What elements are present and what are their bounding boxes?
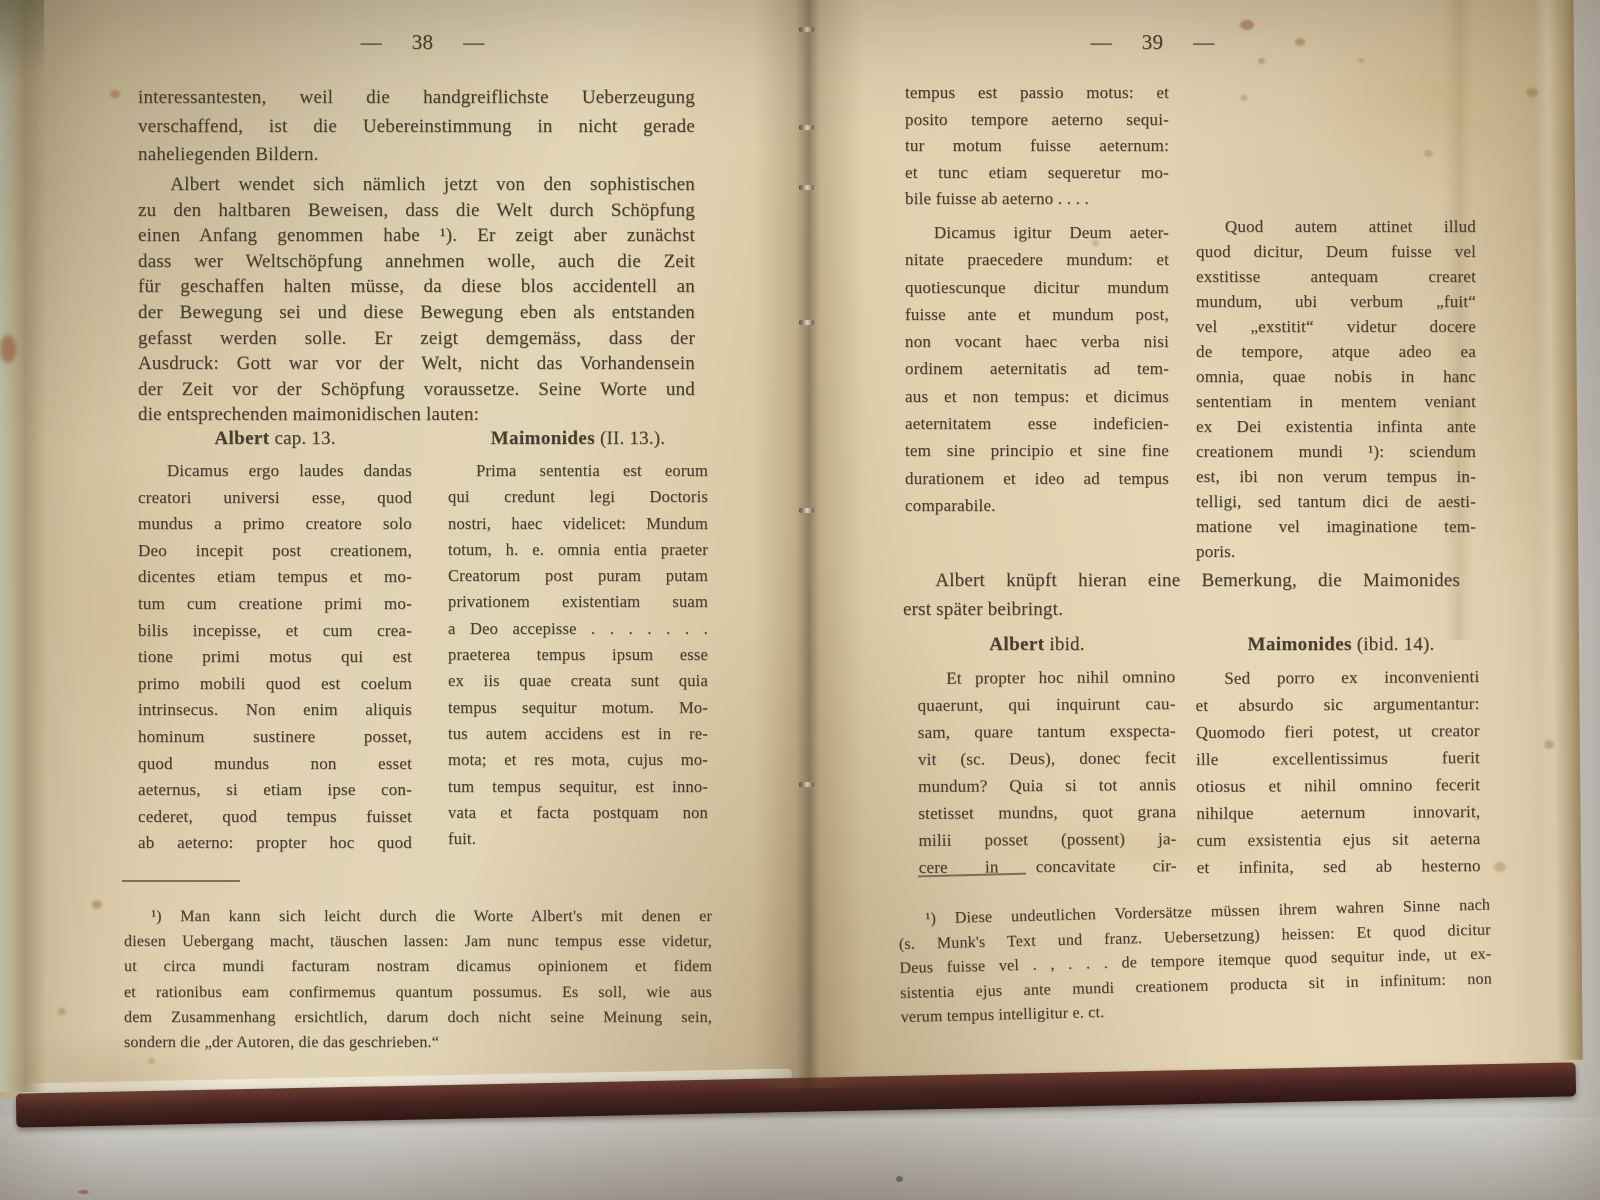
text-line: sam, quare tantum exspecta- xyxy=(918,717,1176,746)
text-line: gefasst werden solle. Er zeigt demgemäss… xyxy=(138,326,695,352)
text-line: a Deo accepisse . . . . . . . xyxy=(448,616,708,642)
text-line: Deo incepit post creationem, xyxy=(138,538,412,565)
maimonides-ref: (II. 13.). xyxy=(595,428,665,449)
text-line: et tunc etiam sequeretur mo- xyxy=(905,160,1169,187)
albert-ref: cap. 13. xyxy=(270,428,336,449)
page-number: 39 xyxy=(1142,30,1163,55)
p39-remark: Albert knüpft hieran eine Bemerkung, die… xyxy=(903,566,1460,624)
text-line: Quod autem attinet illud xyxy=(1196,214,1476,239)
photo-corner-shadow xyxy=(0,0,44,110)
text-line: non vocant haec verba nisi xyxy=(905,328,1169,355)
text-line: et rationibus eam confirmemus quantum po… xyxy=(124,980,712,1005)
stitch-mark xyxy=(799,320,814,325)
text-line: durationem et ideo ad tempus xyxy=(905,465,1169,492)
text-line: bilis incepisse, et cum crea- xyxy=(138,618,412,645)
text-line: die entsprechenden maimonidischen lauten… xyxy=(138,402,695,428)
p39-left-column-quote-2: Dicamus igitur Deum aeter-nitate praeced… xyxy=(905,219,1169,519)
text-line: ¹) Man kann sich leicht durch die Worte … xyxy=(124,904,712,929)
text-line: et absurdo sic argumentantur: xyxy=(1195,690,1479,719)
text-line: milii posset (possent) ja- xyxy=(918,825,1176,854)
stitch-mark xyxy=(799,782,814,787)
header-dash: — xyxy=(463,30,484,55)
table-surface xyxy=(0,1118,1600,1200)
text-line: privationem existentiam suam xyxy=(448,589,708,615)
text-line: der Zeit vor der Schöpfung voraussetze. … xyxy=(138,377,695,403)
p38-paragraph-2: Albert wendet sich nämlich jetzt von den… xyxy=(138,172,695,428)
text-line: quod mundus non esset xyxy=(138,751,412,778)
maimonides-label: Maimonides xyxy=(491,428,595,449)
p39-right-column-quote: Quod autem attinet illudquod dicitur, De… xyxy=(1196,214,1476,564)
text-line: Et propter hoc nihil omnino xyxy=(917,663,1175,692)
text-line: Dicamus igitur Deum aeter- xyxy=(905,219,1169,246)
text-line: tum cum creatione primi mo- xyxy=(138,591,412,618)
text-line: hominum sustinere posset, xyxy=(138,724,412,751)
albert-label: Albert xyxy=(214,428,269,449)
text-line: primo mobili quod est coelum xyxy=(138,671,412,698)
text-line: totum, h. e. omnia entia praeter xyxy=(448,537,708,563)
maimonides-ref: (ibid. 14). xyxy=(1352,634,1435,655)
p39-albert-column: Et propter hoc nihil omninoquaerunt, qui… xyxy=(917,663,1177,881)
text-line: der Bewegung sei und diese Bewegung eben… xyxy=(138,300,695,326)
text-line: stetisset mundns, quot grana xyxy=(918,798,1176,827)
text-line: aeternus, si etiam ipse con- xyxy=(138,777,412,804)
text-line: ille excellentissimus fuerit xyxy=(1196,744,1480,773)
text-line: Sed porro ex inconvenienti xyxy=(1195,663,1479,692)
p39-maimonides-column-header: Maimonides (ibid. 14). xyxy=(1196,634,1486,656)
text-line: tus autem accidens est in re- xyxy=(448,721,708,747)
text-line: est, ibi non verum tempus in- xyxy=(1196,464,1476,489)
text-line: interessantesten, weil die handgreiflich… xyxy=(138,84,695,113)
text-line: tempus sequitur motum. Mo- xyxy=(448,695,708,721)
text-line: cum exsistentia ejus sit aeterna xyxy=(1196,825,1480,854)
p38-footnote-rule xyxy=(122,880,240,882)
stitch-mark xyxy=(799,27,814,32)
p38-footnote: ¹) Man kann sich leicht durch die Worte … xyxy=(124,904,712,1055)
albert-ref: ibid. xyxy=(1044,634,1084,655)
text-line: Albert wendet sich nämlich jetzt von den… xyxy=(138,172,695,198)
text-line: nihilque aeternum innovarit, xyxy=(1196,798,1480,827)
text-line: ex iis quae creata sunt quia xyxy=(448,668,708,694)
book-photo: — 38 — interessantesten, weil die handgr… xyxy=(0,0,1600,1200)
text-line: qui credunt legi Doctoris xyxy=(448,484,708,510)
text-line: telligi, sed tantum dici de aesti- xyxy=(1196,489,1476,514)
p38-albert-column: Dicamus ergo laudes dandascreatori unive… xyxy=(138,458,412,857)
text-line: dicentes etiam tempus et mo- xyxy=(138,564,412,591)
stitch-mark xyxy=(799,185,814,190)
stitch-mark xyxy=(799,125,814,130)
text-line: nitate praecedere mundum: et xyxy=(905,246,1169,273)
text-line: Prima sententia est eorum xyxy=(448,458,708,484)
text-line: quotiescunque dicitur mundum xyxy=(905,274,1169,301)
text-line: tempus est passio motus: et xyxy=(905,80,1169,107)
text-line: einen Anfang genommen habe ¹). Er zeigt … xyxy=(138,223,695,249)
text-line: creatori universi esse, quod xyxy=(138,485,412,512)
left-page-deckle-edge xyxy=(0,0,46,1092)
book-gutter xyxy=(754,0,864,1088)
text-line: naheliegenden Bildern. xyxy=(138,141,695,170)
text-line: praeterea tempus ipsum esse xyxy=(448,642,708,668)
text-line: ab aeterno: propter hoc quod xyxy=(138,830,412,857)
text-line: fuisse ante et mundum post, xyxy=(905,301,1169,328)
text-line: mundum, ubi verbum „fuit“ xyxy=(1196,289,1476,314)
text-line: zu den haltbaren Beweisen, dass die Welt… xyxy=(138,198,695,224)
text-line: Dicamus ergo laudes dandas xyxy=(138,458,412,485)
albert-label: Albert xyxy=(989,634,1044,655)
p39-footnote: ¹) Diese undeutlichen Vordersätze müssen… xyxy=(898,894,1493,1031)
text-line: vel „exstitit“ videtur docere xyxy=(1196,314,1476,339)
header-dash: — xyxy=(1193,30,1214,55)
text-line: intrinsecus. Non enim aliquis xyxy=(138,697,412,724)
p38-paragraph-1: interessantesten, weil die handgreiflich… xyxy=(138,84,695,170)
text-line: tione primi motus qui est xyxy=(138,644,412,671)
text-line: für geschaffen halten müsse, da diese bl… xyxy=(138,274,695,300)
text-line: sententiam in mentem veniant xyxy=(1196,389,1476,414)
maimonides-label: Maimonides xyxy=(1248,634,1352,655)
text-line: tur motum fuisse aeternum: xyxy=(905,133,1169,160)
text-line: exstitisse antequam crearet xyxy=(1196,264,1476,289)
p38-maimonides-column-header: Maimonides (II. 13.). xyxy=(448,428,708,450)
text-line: mundus a primo creatore solo xyxy=(138,511,412,538)
text-line: mundum? Quia si tot annis xyxy=(918,771,1176,800)
text-line: et infinita, sed ab hesterno xyxy=(1197,852,1481,881)
text-line: quaerunt, qui inquirunt cau- xyxy=(917,690,1175,719)
text-line: cederet, quod tempus fuisset xyxy=(138,804,412,831)
page-38-number-header: — 38 — xyxy=(150,30,695,55)
text-line: fuit. xyxy=(448,826,708,852)
header-dash: — xyxy=(1091,30,1112,55)
text-line: dass wer Weltschöpfung annehmen wolle, a… xyxy=(138,249,695,275)
p39-maimonides-column: Sed porro ex inconvenientiet absurdo sic… xyxy=(1195,663,1481,881)
p39-left-column-quote-1: tempus est passio motus: etposito tempor… xyxy=(905,80,1169,213)
text-line: posito tempore aeterno sequi- xyxy=(905,107,1169,134)
page-39-number-header: — 39 — xyxy=(880,30,1425,55)
text-line: de tempore, atque adeo ea xyxy=(1196,339,1476,364)
text-line: otiosus et nihil omnino fecerit xyxy=(1196,771,1480,800)
text-line: aeternitatem esse indeficien- xyxy=(905,410,1169,437)
text-line: creationem mundi ¹): sciendum xyxy=(1196,439,1476,464)
text-line: Quomodo fieri potest, ut creator xyxy=(1196,717,1480,746)
text-line: comparabile. xyxy=(905,492,1169,519)
text-line: tum tempus sequitur, est inno- xyxy=(448,774,708,800)
page-number: 38 xyxy=(412,30,433,55)
text-line: matione vel imaginatione tem- xyxy=(1196,514,1476,539)
text-line: ex Dei existentia infinta ante xyxy=(1196,414,1476,439)
text-line: ordinem aeternitatis ad tem- xyxy=(905,355,1169,382)
text-line: Albert knüpft hieran eine Bemerkung, die… xyxy=(903,566,1460,595)
text-line: verschaffend, ist die Uebereinstimmung i… xyxy=(138,113,695,142)
text-line: Creatorum post puram putam xyxy=(448,563,708,589)
text-line: erst später beibringt. xyxy=(903,595,1460,624)
text-line: vit (sc. Deus), donec fecit xyxy=(918,744,1176,773)
text-line: bile fuisse ab aeterno . . . . xyxy=(905,186,1169,213)
text-line: mota; et res mota, cujus mo- xyxy=(448,747,708,773)
text-line: ut circa mundi facturam nostram dicamus … xyxy=(124,954,712,979)
p39-albert-column-header: Albert ibid. xyxy=(905,634,1169,656)
text-line: omnia, quae nobis in hanc xyxy=(1196,364,1476,389)
stitch-mark xyxy=(799,508,814,513)
text-line: nostri, haec videlicet: Mundum xyxy=(448,511,708,537)
header-dash: — xyxy=(361,30,382,55)
text-line: quod dicitur, Deum fuisse vel xyxy=(1196,239,1476,264)
text-line: sondern die „der Autoren, die das geschr… xyxy=(124,1030,712,1055)
text-line: vata et facta postquam non xyxy=(448,800,708,826)
text-line: poris. xyxy=(1196,539,1476,564)
text-line: tem sine principio et sine fine xyxy=(905,437,1169,464)
right-page-edge xyxy=(1533,0,1582,1060)
text-line: aus et non tempus: et dicimus xyxy=(905,383,1169,410)
p38-albert-column-header: Albert cap. 13. xyxy=(138,428,412,450)
p38-maimonides-column: Prima sententia est eorumqui credunt leg… xyxy=(448,458,708,852)
text-line: diesen Uebergang macht, täuschen lassen:… xyxy=(124,929,712,954)
text-line: dem Zusammenhang ersichtlich, darum doch… xyxy=(124,1005,712,1030)
text-line: cere in concavitate cir- xyxy=(919,852,1177,881)
text-line: Ausdruck: Gott war vor der Welt, nicht d… xyxy=(138,351,695,377)
